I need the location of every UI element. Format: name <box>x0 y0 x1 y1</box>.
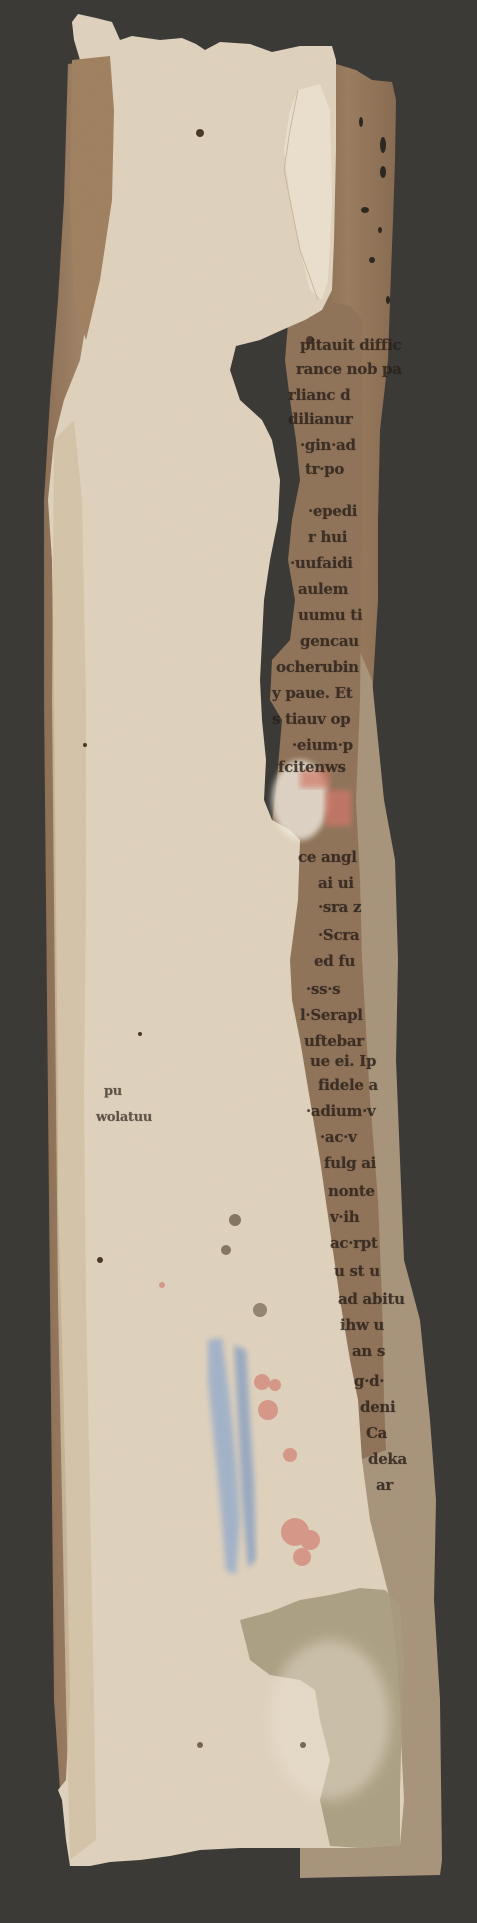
text-line: ihw u <box>340 1316 384 1334</box>
text-line: rlianc d <box>288 386 350 404</box>
text-line: ·adium·v <box>306 1102 375 1120</box>
text-line: wolatuu <box>96 1110 152 1125</box>
text-line: ocherubin <box>276 658 359 676</box>
text-line: ·ac·v <box>320 1128 357 1146</box>
text-line: deka <box>368 1450 407 1468</box>
text-line: ·gin·ad <box>300 436 356 454</box>
text-line: g·d· <box>354 1372 384 1390</box>
text-line: v·ih <box>330 1208 359 1226</box>
text-line: an s <box>352 1342 385 1360</box>
text-line: s tiauv op <box>272 710 350 728</box>
text-line: ·Scra <box>318 926 359 944</box>
text-line: ar <box>376 1476 393 1494</box>
manuscript-photo: pitauit diffic rance nob pa rlianc d dil… <box>0 0 477 1923</box>
text-line: fidele a <box>318 1076 378 1094</box>
text-line: aulem <box>298 580 348 598</box>
text-line: ad abitu <box>338 1290 405 1308</box>
text-line: r hui <box>308 528 347 546</box>
text-line: nonte <box>328 1182 375 1200</box>
text-line: tr·po <box>305 460 344 478</box>
text-line: ue ei. Ip <box>310 1052 376 1070</box>
text-line: fulg ai <box>324 1154 376 1172</box>
text-line: uumu ti <box>298 606 362 624</box>
text-line: uftebar <box>304 1032 364 1050</box>
text-line: pu <box>104 1084 122 1099</box>
text-line: ·eium·p <box>292 736 353 754</box>
text-line: ed fu <box>314 952 355 970</box>
text-line: ·ss·s <box>306 980 340 998</box>
text-line: deni <box>360 1398 395 1416</box>
text-line: ai ui <box>318 874 354 892</box>
text-line: pitauit diffic <box>300 336 401 354</box>
text-line: ce angl <box>298 848 357 866</box>
text-line: dilianur <box>288 410 353 428</box>
text-line: y paue. Et <box>272 684 352 702</box>
text-line: gencau <box>300 632 359 650</box>
text-line: u st u <box>334 1262 380 1280</box>
text-line: ac·rpt <box>330 1234 378 1252</box>
text-line: Ca <box>366 1424 387 1442</box>
text-line: ·uufaidi <box>290 554 353 572</box>
text-line: l·Serapl <box>300 1006 363 1024</box>
text-line: fcitenws <box>278 758 346 776</box>
parchment-shapes <box>0 0 477 1923</box>
text-line: ·sra z <box>318 898 361 916</box>
text-line: ·epedi <box>308 502 357 520</box>
text-line: rance nob pa <box>296 360 402 378</box>
